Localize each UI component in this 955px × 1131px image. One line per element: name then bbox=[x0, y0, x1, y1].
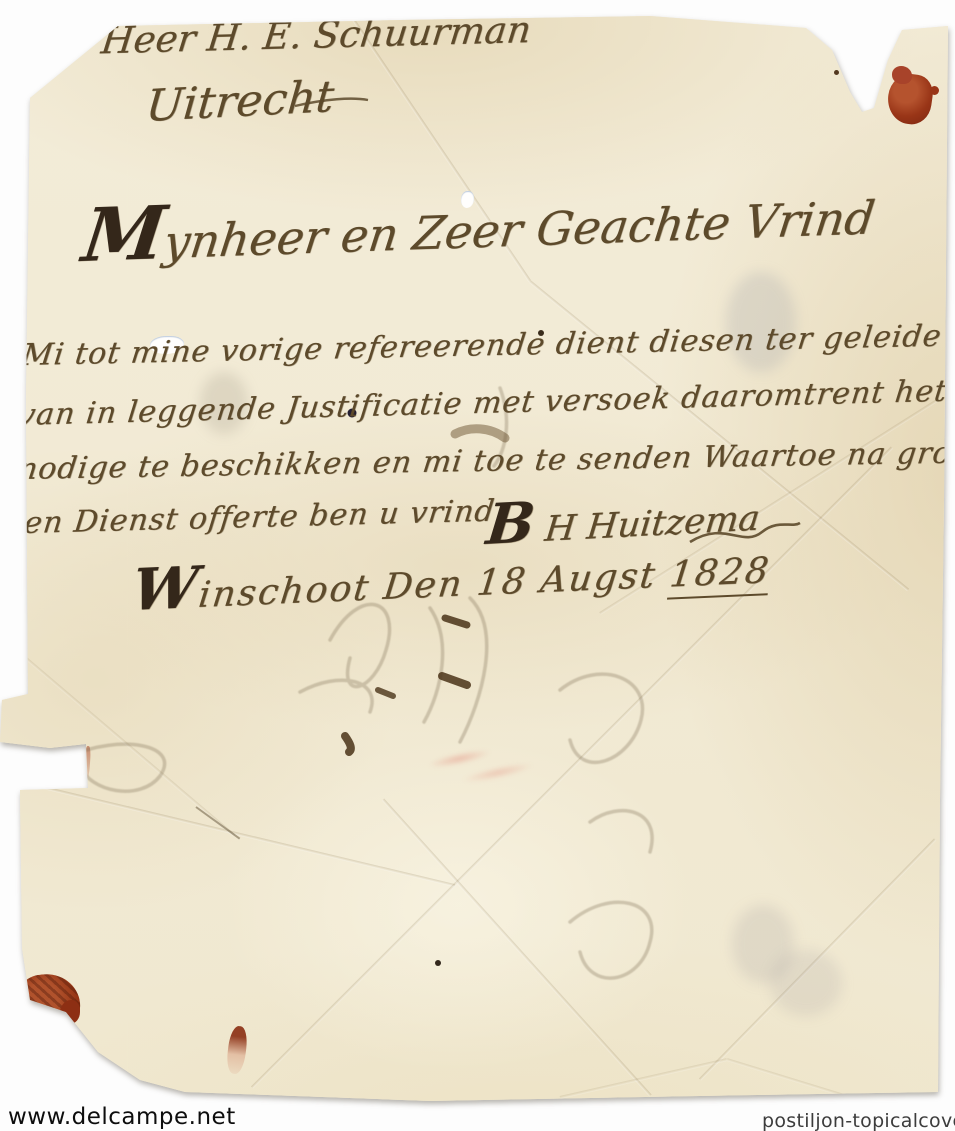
wax-seal-speck bbox=[930, 86, 939, 95]
scanned-letter-image: De Heer H. E. Schuurman Uitrecht Mynheer… bbox=[0, 0, 955, 1131]
wax-seal-remnant bbox=[13, 971, 83, 1037]
wax-seal-remnant bbox=[60, 1000, 80, 1024]
body-line3: nodige te beschikken en mi toe te senden… bbox=[16, 437, 955, 486]
wax-smear bbox=[225, 1025, 249, 1075]
gray-stain bbox=[732, 905, 794, 983]
wax-seal-fragment bbox=[885, 71, 936, 127]
wax-speck bbox=[83, 746, 91, 780]
fold-crease bbox=[560, 1058, 727, 1099]
dateline-place-day: Winschoot Den 18 Augst bbox=[129, 555, 672, 619]
paper-crack bbox=[195, 806, 240, 839]
fold-crease bbox=[18, 780, 455, 887]
salutation: Mynheer en Zeer Geachte Vrind bbox=[78, 170, 880, 275]
dateline: Winschoot Den 18 Augst 1828 bbox=[129, 532, 774, 620]
fold-crease bbox=[699, 838, 936, 1080]
gray-stain bbox=[770, 950, 842, 1016]
letter-paper-wrap: De Heer H. E. Schuurman Uitrecht Mynheer… bbox=[0, 0, 955, 1131]
body-line2: van in leggende Justificatie met versoek… bbox=[16, 376, 949, 432]
letter-paper: De Heer H. E. Schuurman Uitrecht Mynheer… bbox=[0, 0, 955, 1131]
fold-crease bbox=[17, 650, 235, 836]
dateline-year: 1828 bbox=[667, 550, 772, 599]
body-line1: Mi tot mine vorige refereerende dient di… bbox=[20, 321, 943, 372]
red-postmark-bleedthrough bbox=[421, 721, 547, 806]
address-line2: Uitrecht bbox=[144, 74, 336, 130]
wax-seal-fragment bbox=[892, 66, 912, 84]
fold-crease bbox=[382, 798, 652, 1096]
fold-crease bbox=[727, 1058, 858, 1101]
address-line1: De Heer H. E. Schuurman bbox=[36, 11, 533, 63]
body-line4: en Dienst offerte ben u vrind bbox=[22, 496, 496, 540]
watermark-postiljon: postiljon-topicalcovers bbox=[762, 1110, 955, 1131]
ink-speck bbox=[834, 70, 839, 75]
watermark-delcampe: www.delcampe.net bbox=[8, 1104, 236, 1130]
